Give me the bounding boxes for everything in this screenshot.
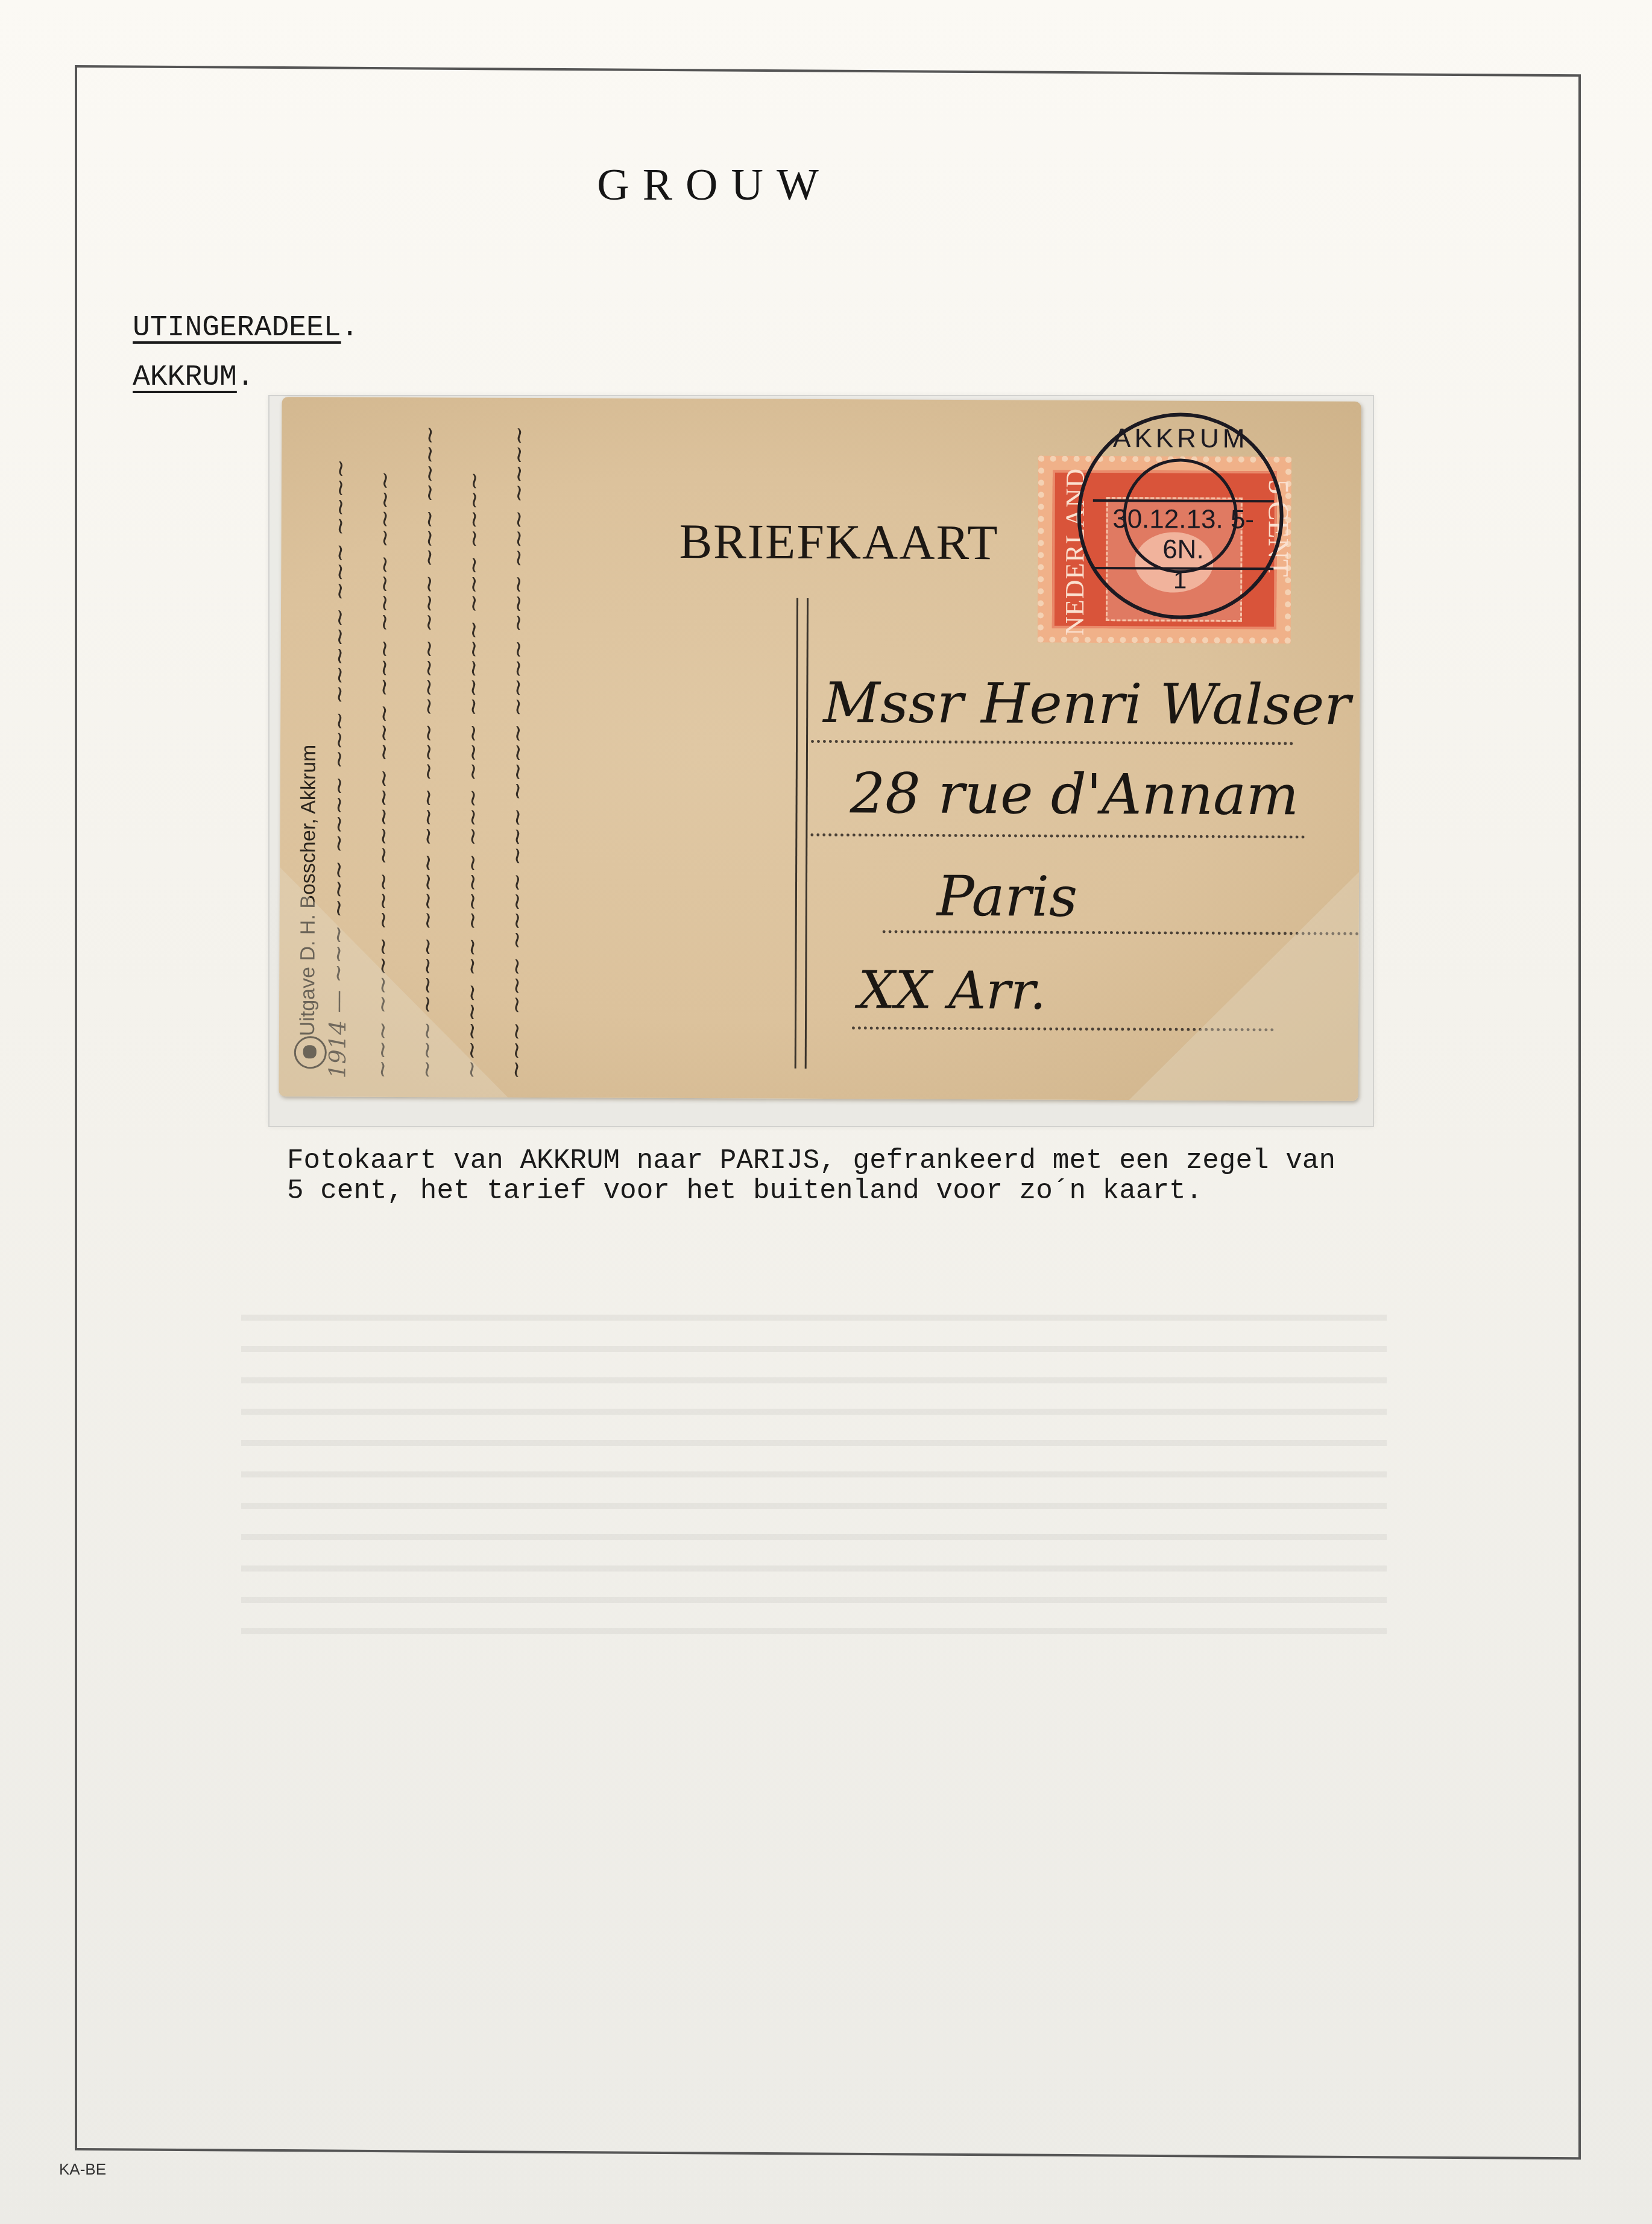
address-line-name: Mssr Henri Walser bbox=[823, 671, 1351, 738]
page-code: KA-BE bbox=[59, 2160, 106, 2179]
postcard: 1914 — ~~~ ~~~ ~~~~ ~~~ ~~~~~ ~~~ ~~~~ ~… bbox=[279, 397, 1361, 1101]
address-dotted-line bbox=[810, 833, 1305, 839]
description-caption: Fotokaart van AKKRUM naar PARIJS, gefran… bbox=[287, 1146, 1384, 1206]
mount-corner-bottom-right bbox=[1117, 859, 1361, 1101]
village-label: AKKRUM. bbox=[133, 363, 254, 392]
municipality-name: UTINGERADEEL bbox=[133, 312, 341, 344]
divider-rule bbox=[795, 598, 809, 1069]
municipality-label: UTINGERADEEL. bbox=[133, 314, 358, 343]
village-name: AKKRUM bbox=[133, 361, 237, 394]
postcard-header: BRIEFKAART bbox=[679, 513, 998, 571]
postmark-number: 1 bbox=[1080, 567, 1279, 595]
address-dotted-line bbox=[883, 930, 1361, 935]
address-line-city: Paris bbox=[937, 864, 1078, 929]
caption-line-2: 5 cent, het tarief voor het buitenland v… bbox=[287, 1176, 1384, 1206]
show-through-text bbox=[241, 1315, 1387, 1652]
address-line-street: 28 rue d'Annam bbox=[850, 761, 1299, 827]
address-dotted-line bbox=[811, 740, 1293, 745]
address-line-arrondissement: XX Arr. bbox=[858, 960, 1046, 1021]
page-title: GROUW bbox=[0, 160, 1429, 211]
postmark-town: AKKRUM bbox=[1081, 423, 1280, 454]
caption-line-1: Fotokaart van AKKRUM naar PARIJS, gefran… bbox=[287, 1146, 1384, 1176]
postmark-date: 30.12.13. 5-6N. bbox=[1092, 499, 1274, 570]
album-page: GROUW UTINGERADEEL. AKKRUM. 1914 — ~~~ ~… bbox=[0, 0, 1652, 2224]
postmark-cancel: AKKRUM 30.12.13. 5-6N. 1 bbox=[1077, 412, 1284, 619]
